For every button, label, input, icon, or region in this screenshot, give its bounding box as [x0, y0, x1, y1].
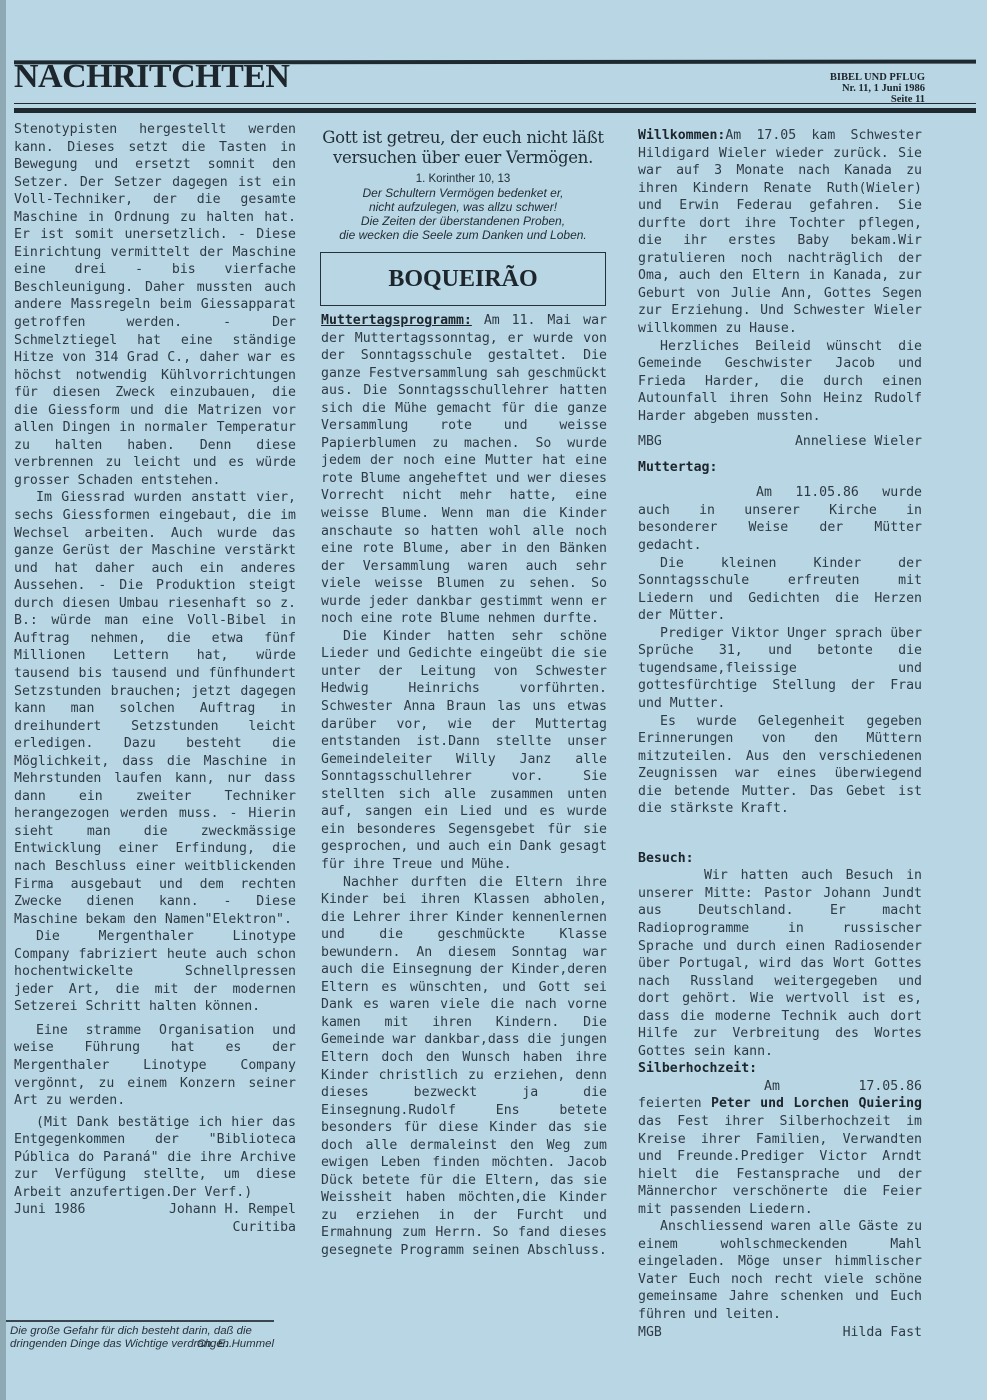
- page-edge: [0, 0, 6, 1400]
- paragraph: Prediger Viktor Unger sprach über Sprüch…: [638, 625, 922, 713]
- poem-line: nicht aufzulegen, was allzu schwer!: [312, 200, 614, 214]
- paragraph: Herzliches Beileid wünscht die Gemeinde …: [638, 338, 922, 426]
- masthead-meta: BIBEL UND PFLUG Nr. 11, 1 Juni 1986 Seit…: [830, 72, 925, 105]
- signature-row: MBG Anneliese Wieler: [638, 433, 922, 451]
- section-title: BOQUEIRÃO: [388, 266, 537, 293]
- paragraph: (Mit Dank bestätige ich hier das Entgege…: [14, 1114, 296, 1202]
- paragraph: Am 17.05.86 feierten Peter und Lorchen Q…: [638, 1078, 922, 1218]
- poem-line: Der Schultern Vermögen bedenket er,: [312, 186, 614, 200]
- bible-verse: Gott ist getreu, der euch nicht läßt ver…: [312, 128, 614, 242]
- masthead-bottom-thin-rule: [14, 103, 976, 104]
- paragraph: Wir hatten auch Besuch in unserer Mitte:…: [638, 867, 922, 1060]
- article-date: Juni 1986: [14, 1201, 85, 1219]
- signature-row: MGB Hilda Fast: [638, 1324, 922, 1342]
- poem-line: die wecken die Seele zum Danken und Lobe…: [312, 228, 614, 242]
- paragraph: Am 11.05.86 wurde auch in unserer Kirche…: [638, 484, 922, 554]
- verse-poem: Der Schultern Vermögen bedenket er, nich…: [312, 186, 614, 242]
- right-column-articles: Willkommen:Am 17.05 kam Schwester Hildig…: [638, 127, 922, 1341]
- paragraph: Die Kinder hatten sehr schöne Lieder und…: [321, 628, 607, 874]
- paragraph: Stenotypisten hergestellt werden kann. D…: [14, 121, 296, 489]
- masthead-title: NACHRITCHTEN: [14, 58, 289, 96]
- article-heading: Muttertagsprogramm:: [321, 313, 472, 328]
- paragraph: Im Giessrad wurden anstatt vier, sechs G…: [14, 489, 296, 928]
- article-author: Johann H. Rempel: [169, 1201, 296, 1219]
- paragraph: Anschliessend waren alle Gäste zu einem …: [638, 1218, 922, 1323]
- paragraph: Willkommen:Am 17.05 kam Schwester Hildig…: [638, 127, 922, 338]
- visit-heading: Besuch:: [638, 850, 922, 868]
- silver-wedding-heading: Silberhochzeit:: [638, 1060, 922, 1078]
- quote-divider: [6, 1320, 274, 1322]
- mothers-day-heading: Muttertag:: [638, 459, 922, 477]
- middle-column-article: Muttertagsprogramm: Am 11. Mai war der M…: [321, 312, 607, 1260]
- issue-info: Nr. 11, 1 Juni 1986: [830, 83, 925, 94]
- paragraph: Muttertagsprogramm: Am 11. Mai war der M…: [321, 312, 607, 628]
- paragraph: Eine stramme Organisation und weise Führ…: [14, 1022, 296, 1110]
- paragraph: Die Mergenthaler Linotype Company fabriz…: [14, 928, 296, 1016]
- verse-headline: Gott ist getreu, der euch nicht läßt ver…: [312, 128, 614, 168]
- welcome-heading: Willkommen:: [638, 128, 725, 143]
- quote-box: Die große Gefahr für dich besteht darin,…: [10, 1325, 274, 1351]
- publication-name: BIBEL UND PFLUG: [830, 72, 925, 83]
- left-column-article: Stenotypisten hergestellt werden kann. D…: [14, 121, 296, 1236]
- article-location: Curitiba: [14, 1219, 296, 1237]
- couple-names: Peter und Lorchen Quiering: [711, 1096, 922, 1111]
- poem-line: Die Zeiten der überstandenen Proben,: [312, 214, 614, 228]
- paragraph: Die kleinen Kinder der Sonntagsschule er…: [638, 555, 922, 625]
- paragraph: Es wurde Gelegenheit gegeben Erinnerunge…: [638, 713, 922, 818]
- masthead-bottom-rule: [14, 108, 976, 113]
- section-header-box: BOQUEIRÃO: [320, 252, 606, 306]
- paragraph: Nachher durften die Eltern ihre Kinder b…: [321, 874, 607, 1260]
- verse-reference: 1. Korinther 10, 13: [312, 172, 614, 186]
- signature-row: Juni 1986 Johann H. Rempel: [14, 1201, 296, 1219]
